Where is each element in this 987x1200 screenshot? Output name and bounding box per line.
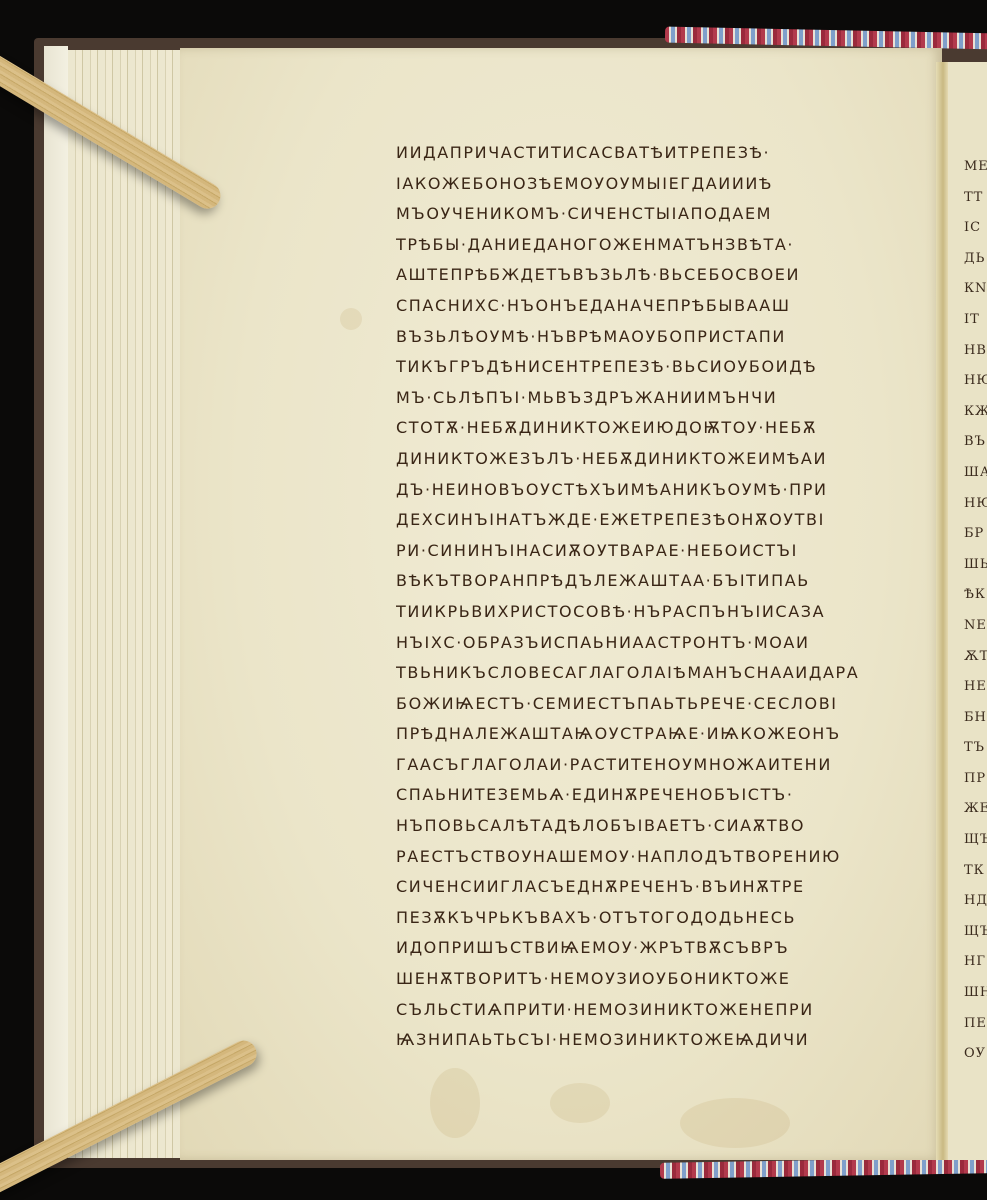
stacked-leaf-edges bbox=[68, 50, 186, 1158]
manuscript-text-line: ТИКЪГРЪДѢНИСЕНТРЕПЕЗѢ·ВЬСИОУБОИДѢ bbox=[396, 352, 916, 383]
facing-page-edge: МЕТТІСДЬКNІТНВНЮКЖВЪШАНЮБРШЬѢКNЕѪТНЕБНТЪ… bbox=[948, 62, 987, 1160]
facing-page-text-line: ШН bbox=[964, 985, 987, 1016]
facing-page-text-line: НЮ bbox=[964, 496, 987, 527]
facing-page-text-line: НГ bbox=[964, 954, 987, 985]
facing-page-text-line: НД bbox=[964, 893, 987, 924]
manuscript-text-line: СПАСНИХС·НЪОНЪЕДАНАЧЕПРѢБЫВААШ bbox=[396, 291, 916, 322]
parchment-stain bbox=[430, 1068, 480, 1138]
manuscript-text-line: ДЕХСИНЪІНАТЪЖДЕ·ЕЖЕТРЕПЕЗѢОНѪОУТВІ bbox=[396, 505, 916, 536]
manuscript-text-line: РИ·СИНИНЪІНАСИѪОУТВАРАЕ·НЕБОИСТЪІ bbox=[396, 536, 916, 567]
manuscript-text-line: ТВЬНИКЪСЛОВЕСАГЛАГОЛАІѢМАНЪСНААИДАРА bbox=[396, 658, 916, 689]
manuscript-text-line: АШТЕПРѢБЖДЕТЪВЪЗЬЛѢ·ВЬСЕБОСВОЕИ bbox=[396, 260, 916, 291]
facing-page-text-line: ѢК bbox=[964, 587, 987, 618]
facing-page-text-line: ШЬ bbox=[964, 557, 987, 588]
manuscript-text-line: ТРѢБЫ·ДАНИЕДАНОГОЖЕНМАТЪНЗВѢТА· bbox=[396, 230, 916, 261]
facing-page-text-line: ІТ bbox=[964, 312, 987, 343]
facing-page-text-line: ТЪ bbox=[964, 740, 987, 771]
parchment-stain bbox=[680, 1098, 790, 1148]
facing-page-text-line: ѪТ bbox=[964, 649, 987, 680]
facing-page-text-line: ОУ bbox=[964, 1046, 987, 1077]
parchment-stain bbox=[550, 1083, 610, 1123]
facing-page-text-line: НВ bbox=[964, 343, 987, 374]
facing-page-text-line: НЮ bbox=[964, 373, 987, 404]
facing-page-text-line: ША bbox=[964, 465, 987, 496]
manuscript-text-line: ТИИКРЬВИХРИСТОСОВѢ·НЪРАСПЪНЪІИСАЗА bbox=[396, 597, 916, 628]
manuscript-text-line: ИДОПРИШЪСТВИѨЕМОУ·ЖРЪТВѪСЪВРЪ bbox=[396, 933, 916, 964]
manuscript-text-line: НЪПОВЬСАЛѢТАДѢЛОБЪІВАЕТЪ·СИАѪТВО bbox=[396, 811, 916, 842]
facing-page-text-line: NЕ bbox=[964, 618, 987, 649]
manuscript-text-line: МЪОУЧЕНИКОМЪ·СИЧЕНСТЫІАПОДАЕМ bbox=[396, 199, 916, 230]
facing-page-text-line: ЩЪ bbox=[964, 832, 987, 863]
manuscript-text-line: ПРѢДНАЛЕЖАШТАѨОУСТРАѨЕ·ИѨКОЖЕОНЪ bbox=[396, 719, 916, 750]
manuscript-text-line: МЪ·СЬЛѢПЪІ·МЬВЪЗДРЪЖАНИИМЪНЧИ bbox=[396, 383, 916, 414]
facing-page-text-line: КЖ bbox=[964, 404, 987, 435]
facing-page-text-line: БР bbox=[964, 526, 987, 557]
manuscript-text-line: ГААСЪГЛАГОЛАИ·РАСТИТЕНОУМНОЖАИТЕНИ bbox=[396, 750, 916, 781]
facing-page-text-line: ЖЕ bbox=[964, 801, 987, 832]
manuscript-text-line: СТОТѪ·НЕБѪДИНИКТОЖЕИЮДОѬТОУ·НЕБѪ bbox=[396, 413, 916, 444]
manuscript-text-line: НЪІХС·ОБРАЗЪИСПАЬНИААСТРОНТЪ·МОАИ bbox=[396, 628, 916, 659]
manuscript-text-line: ДИНИКТОЖЕЗЪЛЪ·НЕБѪДИНИКТОЖЕИМѢАИ bbox=[396, 444, 916, 475]
facing-page-text-line: ІС bbox=[964, 220, 987, 251]
manuscript-text-line: ИИДАПРИЧАСТИТИСАСВАТѢИТРЕПЕЗѢ· bbox=[396, 138, 916, 169]
manuscript-text-line: СПАЬНИТЕЗЕМЬѦ·ЕДИНѪРЕЧЕНОБЪІСТЪ· bbox=[396, 780, 916, 811]
facing-page-text-line: ДЬ bbox=[964, 251, 987, 282]
manuscript-text-line: СЪЛЬСТИѦПРИТИ·НЕМОЗИНИКТОЖЕНЕПРИ bbox=[396, 995, 916, 1026]
facing-page-text-line: ПЕ bbox=[964, 1016, 987, 1047]
manuscript-text-line: ВЪЗЬЛѢОУМѢ·НЪВРѢМАОУБОПРИСТАПИ bbox=[396, 322, 916, 353]
manuscript-text-line: ПЕЗѪКЪЧРЬКЪВАХЪ·ОТЪТОГОДОДЬНЕСЬ bbox=[396, 903, 916, 934]
facing-page-text-line: ТТ bbox=[964, 190, 987, 221]
manuscript-text-line: БОЖИѨЕСТЪ·СЕМИЕСТЪПАЬТЬРЕЧЕ·СЕСЛОВІ bbox=[396, 689, 916, 720]
manuscript-text-line: РАЕСТЪСТВОУНАШЕМОУ·НАПЛОДЪТВОРЕНИЮ bbox=[396, 842, 916, 873]
manuscript-text-line: ДЪ·НЕИНОВЪОУСТѢХЪИМѢАНИКЪОУМѢ·ПРИ bbox=[396, 475, 916, 506]
facing-page-text-line: МЕ bbox=[964, 159, 987, 190]
manuscript-text-column: ИИДАПРИЧАСТИТИСАСВАТѢИТРЕПЕЗѢ·ІАКОЖЕБОНО… bbox=[396, 138, 916, 1056]
manuscript-text-line: ВѢКЪТВОРАНПРѢДЪЛЕЖАШТАА·БЪІТИПАЬ bbox=[396, 566, 916, 597]
manuscript-text-line: СИЧЕНСИИГЛАСЪЕДНѪРЕЧЕНЪ·ВЪИНѪТРЕ bbox=[396, 872, 916, 903]
facing-page-text-line: КN bbox=[964, 281, 987, 312]
manuscript-text-line: ІАКОЖЕБОНОЗѢЕМОУОУМЫІЕГДАИИИѢ bbox=[396, 169, 916, 200]
parchment-stain bbox=[340, 308, 362, 330]
manuscript-text-line: ШЕНѪТВОРИТЪ·НЕМОУЗИОУБОНИКТОЖЕ bbox=[396, 964, 916, 995]
facing-page-text-line: ТК bbox=[964, 863, 987, 894]
manuscript-text-line: ѨЗНИПАЬТЬСЪІ·НЕМОЗИНИКТОЖЕѨДИЧИ bbox=[396, 1025, 916, 1056]
facing-page-text-line: ЩЪ bbox=[964, 924, 987, 955]
facing-page-text-line: ВЪ bbox=[964, 434, 987, 465]
facing-page-text: МЕТТІСДЬКNІТНВНЮКЖВЪШАНЮБРШЬѢКNЕѪТНЕБНТЪ… bbox=[948, 62, 987, 1077]
endpaper bbox=[44, 46, 68, 1156]
facing-page-text-line: НЕ bbox=[964, 679, 987, 710]
facing-page-text-line: ПР bbox=[964, 771, 987, 802]
facing-page-text-line: БН bbox=[964, 710, 987, 741]
